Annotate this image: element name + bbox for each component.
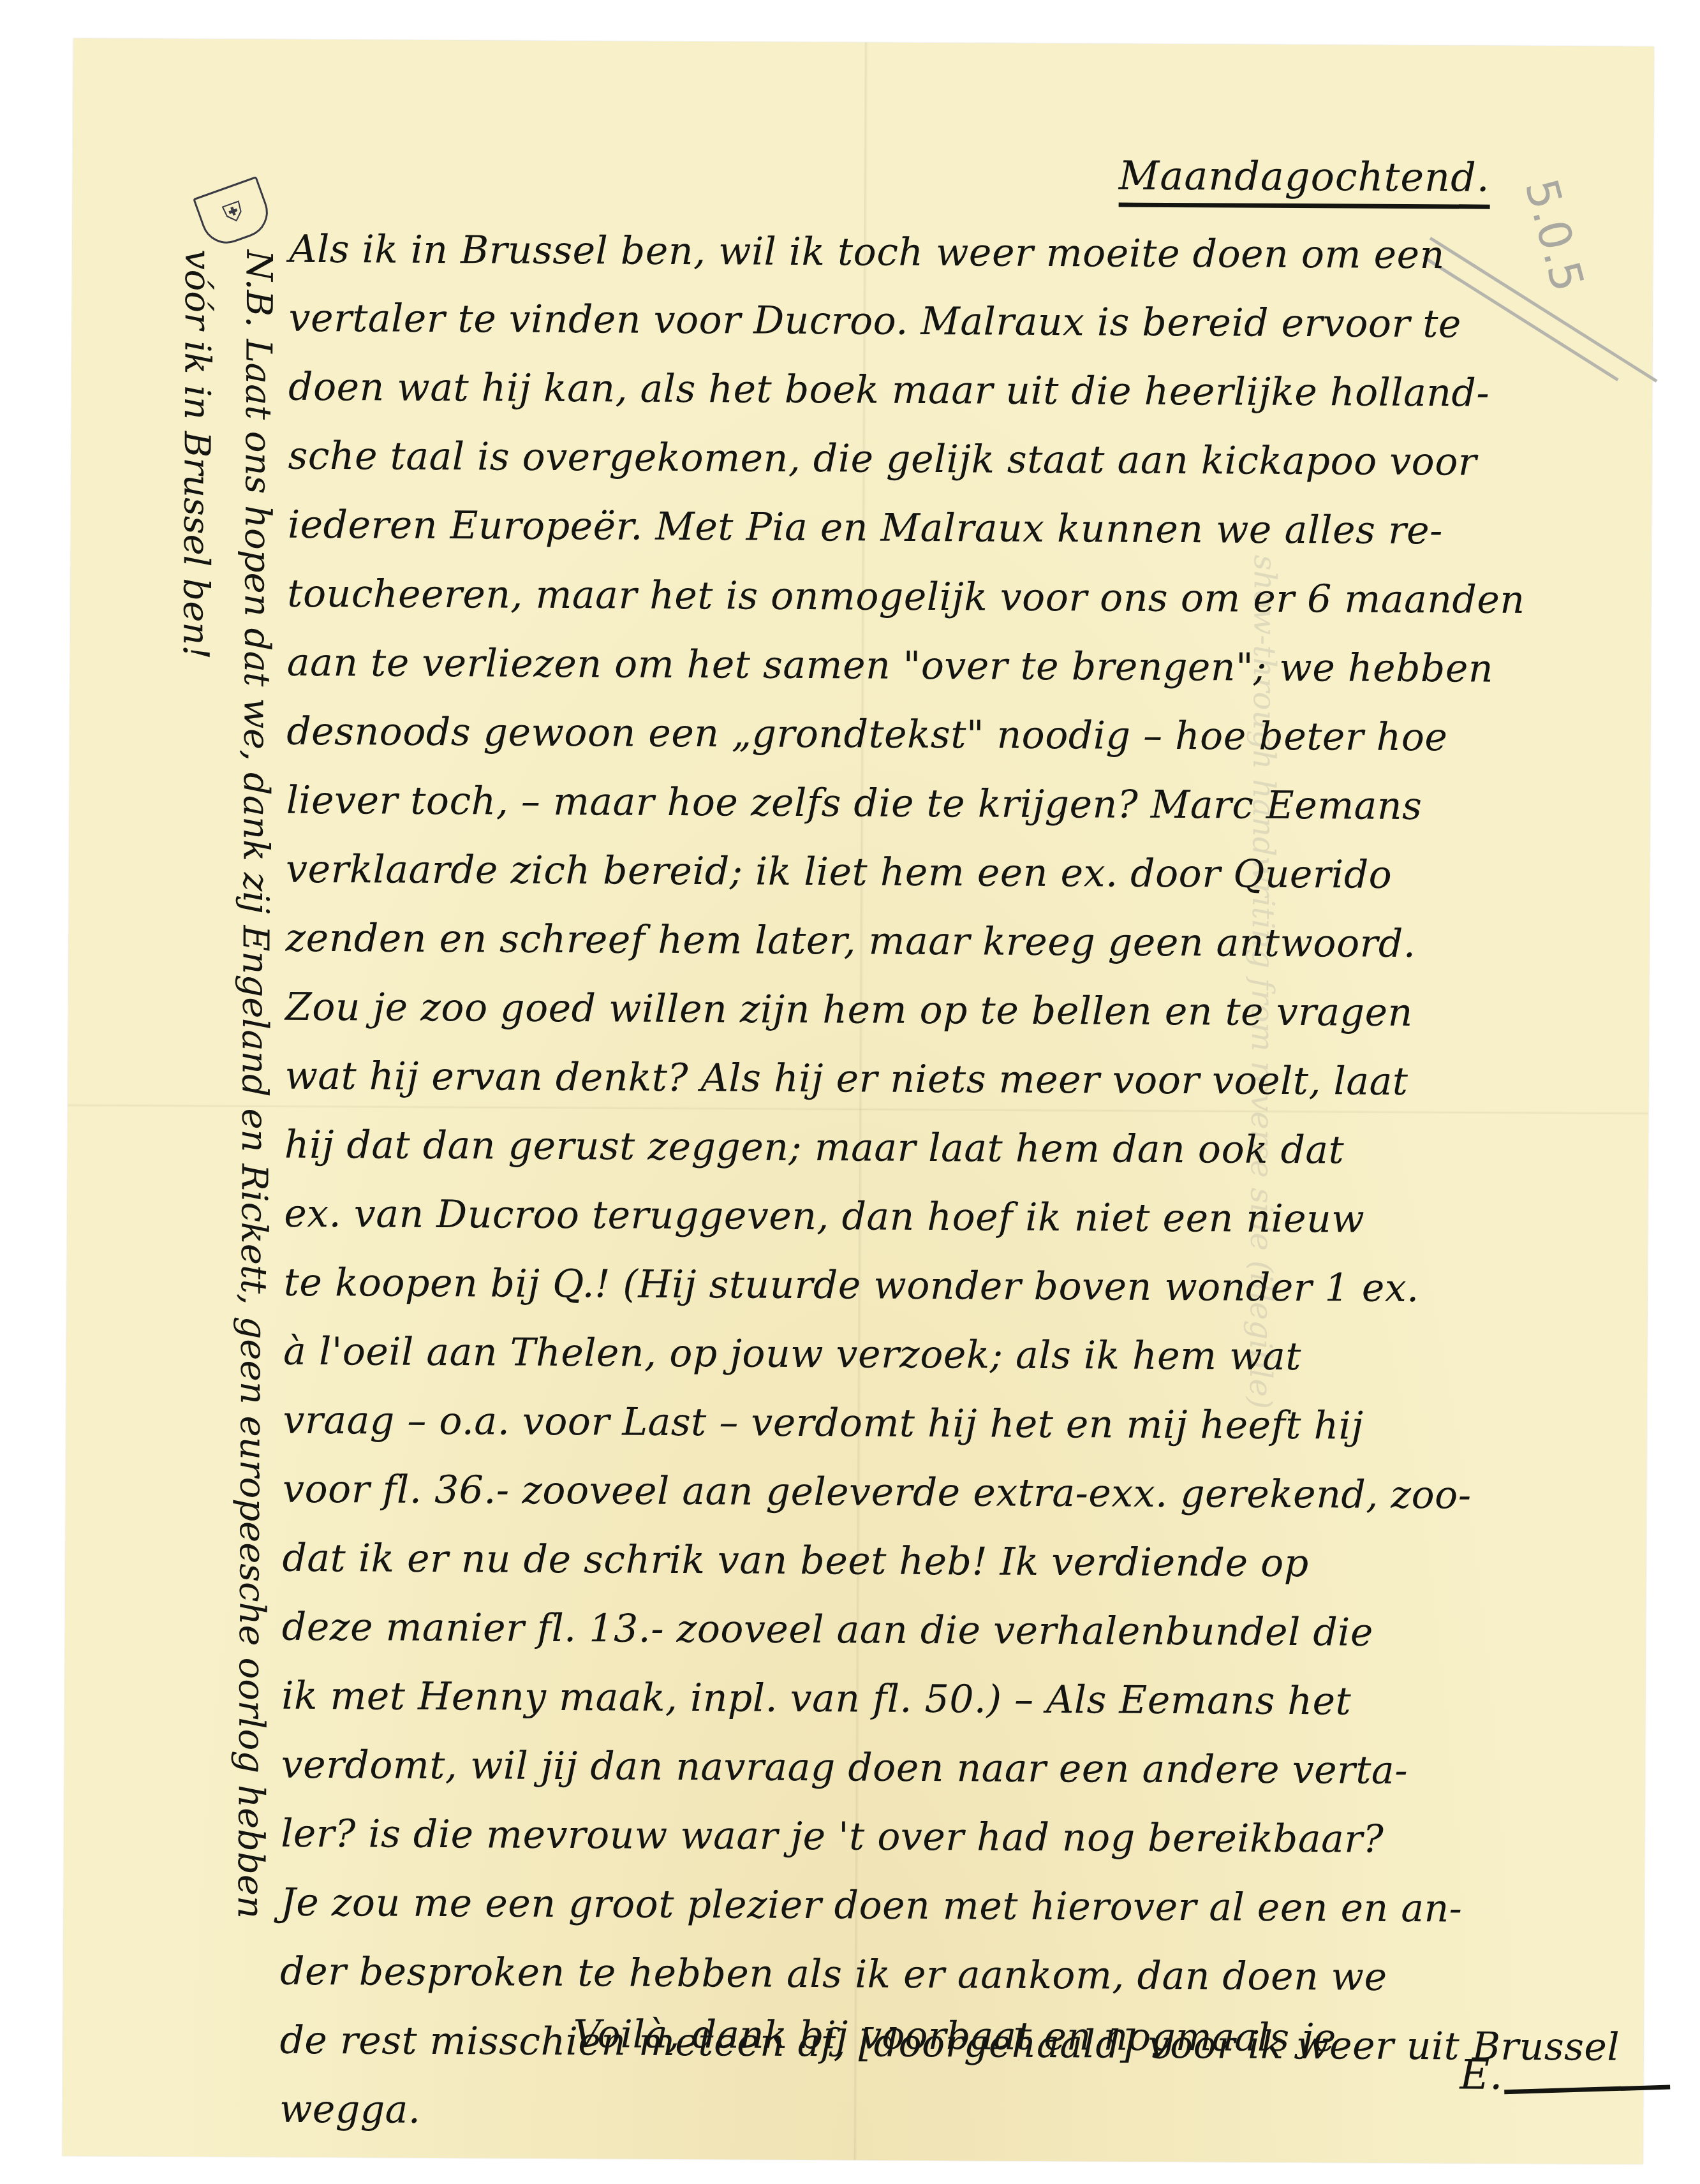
body-line: toucheeren, maar het is onmogelijk voor … [287, 559, 1640, 635]
signature: E. [1460, 2051, 1502, 2099]
body-line: iederen Europeër. Met Pia en Malraux kun… [288, 491, 1641, 566]
body-line: ik met Henny maak, inpl. van fl. 50.) – … [281, 1662, 1634, 1738]
body-line: deze manier fl. 13.- zooveel aan die ver… [282, 1593, 1635, 1669]
body-line: zenden en schreef hem later, maar kreeg … [285, 904, 1638, 980]
body-line: wegga. [279, 2075, 1632, 2151]
body-line: aan te verliezen om het samen "over te b… [287, 628, 1640, 704]
body-line: Als ik in Brussel ben, wil ik toch weer … [289, 215, 1642, 291]
archive-stamp-icon: ⛨ [193, 176, 275, 251]
margin-note-line: vóór ik in Brussel ben! [158, 249, 228, 1919]
body-line: sche taal is overgekomen, die gelijk sta… [288, 422, 1641, 498]
letter-paper: show-through handwriting from reverse si… [63, 38, 1654, 2164]
body-line: voor fl. 36.- zooveel aan geleverde extr… [283, 1455, 1636, 1531]
body-line: doen wat hij kan, als het boek maar uit … [288, 353, 1641, 429]
margin-note-line: N.B. Laat ons hopen dat we, dank zij Eng… [219, 249, 290, 1919]
closing-line: Voilà, dank bij voorbaat en nogmaals je [573, 2012, 1336, 2060]
body-line: verdomt, wil jij dan navraag doen naar e… [281, 1730, 1634, 1806]
body-line: ex. van Ducroo teruggeven, dan hoef ik n… [284, 1179, 1637, 1255]
body-line: ler? is die mevrouw waar je 't over had … [281, 1799, 1634, 1875]
body-line: hij dat dan gerust zeggen; maar laat hem… [285, 1110, 1637, 1186]
body-line: vertaler te vinden voor Ducroo. Malraux … [288, 284, 1641, 360]
body-line: dat ik er nu de schrik van beet heb! Ik … [282, 1524, 1635, 1600]
margin-note: N.B. Laat ons hopen dat we, dank zij Eng… [158, 249, 290, 1919]
body-line: vraag – o.a. voor Last – verdomt hij het… [283, 1386, 1636, 1462]
letter-body: Als ik in Brussel ben, wil ik toch weer … [279, 215, 1642, 2151]
body-line: Je zou me een groot plezier doen met hie… [280, 1868, 1633, 1944]
body-line: wat hij ervan denkt? Als hij er niets me… [285, 1042, 1637, 1118]
body-line: liever toch, – maar hoe zelfs die te kri… [286, 766, 1639, 842]
body-line: desnoods gewoon een „grondtekst" noodig … [286, 697, 1639, 773]
body-line: der besproken te hebben als ik er aankom… [280, 1937, 1633, 2013]
body-line: te koopen bij Q.! (Hij stuurde wonder bo… [284, 1248, 1637, 1324]
body-line: à l'oeil aan Thelen, op jouw verzoek; al… [283, 1317, 1636, 1393]
body-line: verklaarde zich bereid; ik liet hem een … [286, 835, 1639, 911]
body-line: Zou je zoo goed willen zijn hem op te be… [285, 973, 1638, 1049]
date-heading: Maandagochtend. [1119, 152, 1490, 209]
